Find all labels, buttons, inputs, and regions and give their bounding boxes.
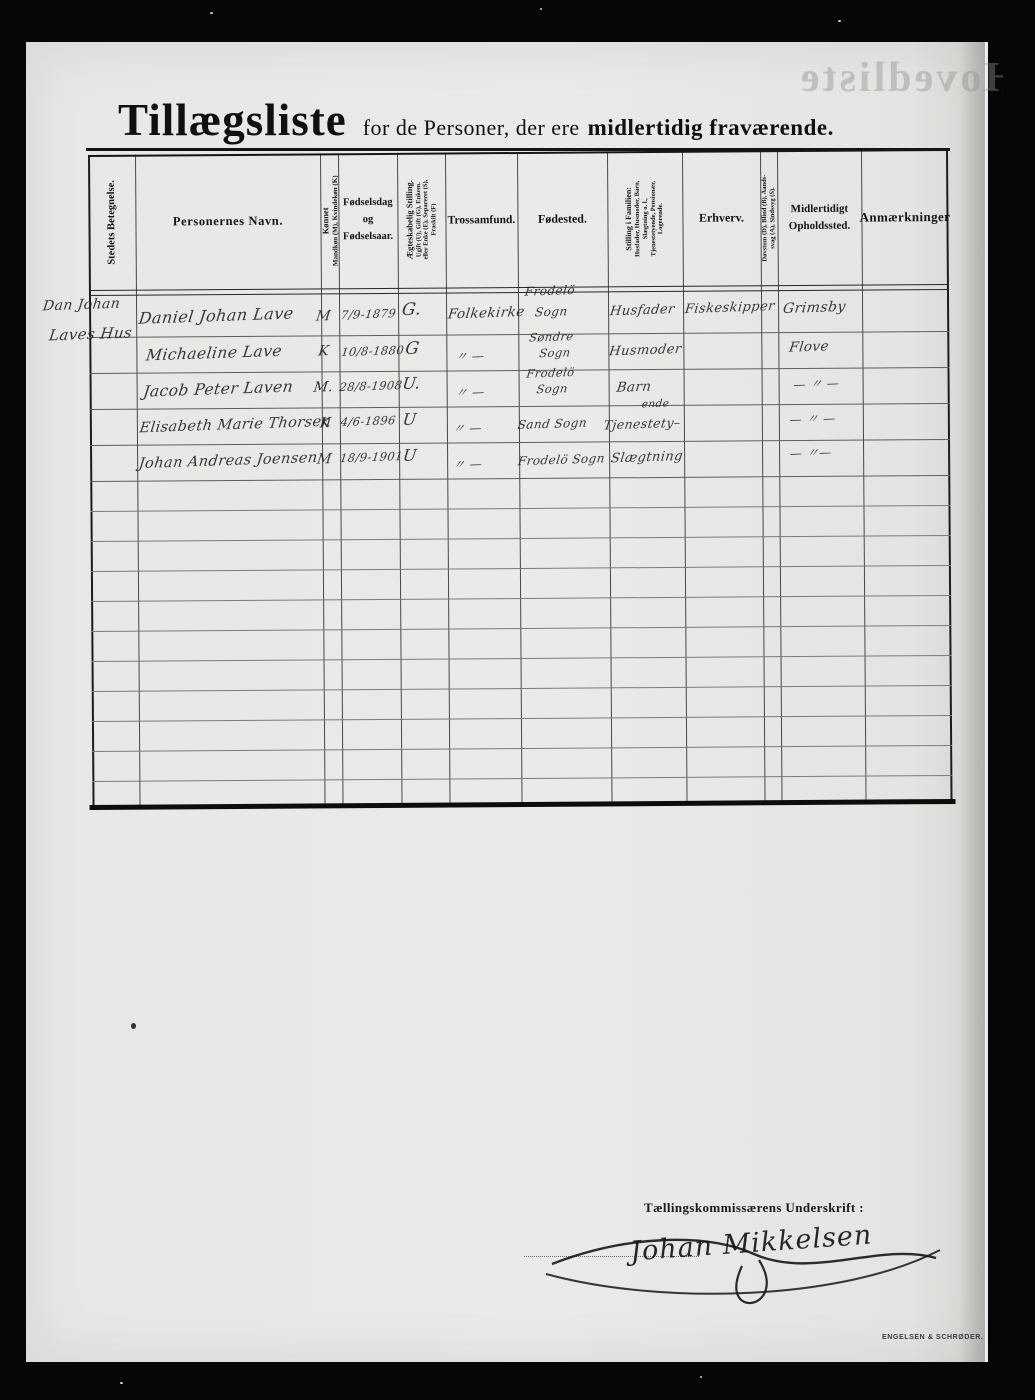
row-occupation: Fiskeskipper bbox=[684, 299, 776, 317]
header-trossamfund: Trossamfund. bbox=[445, 153, 518, 286]
row-birthdate: 28/8-1908 bbox=[339, 378, 404, 394]
ink-dot bbox=[131, 1023, 136, 1029]
row-birthplace-top: Frodelö bbox=[524, 283, 576, 299]
row-birthplace: Sogn bbox=[534, 304, 568, 319]
header-personernes-navn: Personernes Navn. bbox=[135, 154, 321, 288]
title-main: Tillægsliste bbox=[118, 94, 347, 146]
header-erhverv: Erhverv. bbox=[682, 151, 761, 285]
page-edge-highlight bbox=[985, 42, 988, 1362]
row-sex: M bbox=[315, 308, 332, 325]
scan-speck bbox=[120, 1382, 123, 1384]
row-faith: 〃 — bbox=[452, 455, 483, 473]
row-birthdate: 18/9-1901 bbox=[339, 449, 404, 465]
header-fodselsdag: Fødselsdag og Fødselsaar. bbox=[338, 154, 398, 287]
header-anmaerkninger: Anmærkninger bbox=[861, 150, 949, 284]
row-birthplace: Sogn bbox=[538, 345, 571, 360]
header-stilling-i-familien: Stilling i Familien: Husfader, Husmoder,… bbox=[607, 152, 683, 286]
row-sex: M. bbox=[313, 379, 335, 396]
entry-place-line2: Laves Hus bbox=[48, 324, 133, 345]
row-name: Elisabeth Marie Thorsen bbox=[139, 414, 333, 437]
row-family-position: Slægtning bbox=[610, 449, 684, 467]
scan-speck bbox=[838, 20, 841, 22]
row-marital: U bbox=[402, 410, 418, 429]
scanned-census-document: Hovedliste Tillægsliste for de Personer,… bbox=[0, 0, 1035, 1400]
scan-speck bbox=[700, 1376, 702, 1378]
header-fodested: Fødested. bbox=[517, 152, 608, 286]
header-aegteskabelig-stilling: Ægteskabelig Stilling. Ugift (U), Gift (… bbox=[397, 154, 446, 287]
title-emphasis: midlertidig fraværende. bbox=[588, 115, 834, 141]
row-family-position: Barn bbox=[616, 379, 653, 396]
row-family-position: Husmoder bbox=[608, 342, 682, 360]
document-page: Hovedliste Tillægsliste for de Personer,… bbox=[26, 42, 986, 1362]
row-abode: — 〃 — bbox=[792, 374, 840, 393]
row-family-position-super: ende bbox=[641, 398, 670, 411]
page-fold-shadow bbox=[959, 42, 985, 1362]
row-family-position: Tjenestety– bbox=[603, 415, 682, 433]
row-family-position: Husfader bbox=[609, 302, 675, 319]
row-faith: 〃 — bbox=[454, 347, 485, 365]
header-dovstum: Døvstum (D), Blind (B), Aands- svag (A),… bbox=[760, 151, 778, 284]
row-sex: K bbox=[317, 343, 330, 359]
title-rest: for de Personer, der ere bbox=[363, 115, 580, 141]
header-konnet: Kønnet Mandkøn (M), Kvindekøn (K) bbox=[320, 154, 339, 287]
row-birthplace-top: Søndre bbox=[528, 329, 574, 345]
scan-speck bbox=[540, 8, 542, 10]
row-birthdate: 7/9-1879 bbox=[340, 306, 397, 322]
row-sex: K bbox=[319, 415, 332, 431]
scan-speck bbox=[210, 12, 213, 14]
row-birthplace: Sand Sogn bbox=[517, 416, 588, 432]
printer-mark: ENGELSEN & SCHRØDER. bbox=[882, 1334, 983, 1341]
row-name: Daniel Johan Lave bbox=[138, 303, 295, 327]
row-abode: Grimsby bbox=[782, 299, 847, 317]
row-name: Jacob Peter Laven bbox=[142, 377, 294, 400]
page-title: Tillægsliste for de Personer, der ere mi… bbox=[118, 94, 834, 146]
row-birthplace-top: Frodelö bbox=[526, 365, 576, 381]
entry-place-line1: Dan Johan bbox=[42, 296, 121, 315]
header-stedets-betegnelse: Stedets Betegnelse. bbox=[88, 156, 136, 289]
row-birthdate: 4/6-1896 bbox=[340, 413, 397, 429]
row-birthplace: Sogn bbox=[536, 381, 569, 396]
census-table: Stedets Betegnelse. Personernes Navn. Kø… bbox=[88, 149, 953, 815]
row-marital: G bbox=[404, 338, 421, 358]
row-sex: M bbox=[316, 451, 333, 468]
row-name: Michaeline Lave bbox=[145, 342, 283, 365]
row-abode: — 〃 — bbox=[789, 409, 837, 428]
row-marital: U. bbox=[401, 373, 421, 393]
row-name: Johan Andreas Joensen bbox=[138, 450, 319, 472]
row-abode: — 〃— bbox=[789, 443, 833, 461]
row-faith: 〃 — bbox=[455, 383, 486, 401]
row-marital: G. bbox=[401, 299, 423, 320]
row-marital: U bbox=[402, 446, 418, 465]
header-midlertidigt-opholdssted: Midlertidigt Opholdssted. bbox=[777, 151, 862, 285]
row-birthdate: 10/8-1880 bbox=[340, 343, 405, 359]
row-abode: Flove bbox=[788, 338, 830, 355]
row-birthplace: Frodelö Sogn bbox=[517, 451, 606, 468]
row-faith: 〃 — bbox=[452, 419, 483, 437]
table-bottom-rule bbox=[90, 799, 956, 810]
row-faith: Folkekirke bbox=[447, 304, 526, 323]
